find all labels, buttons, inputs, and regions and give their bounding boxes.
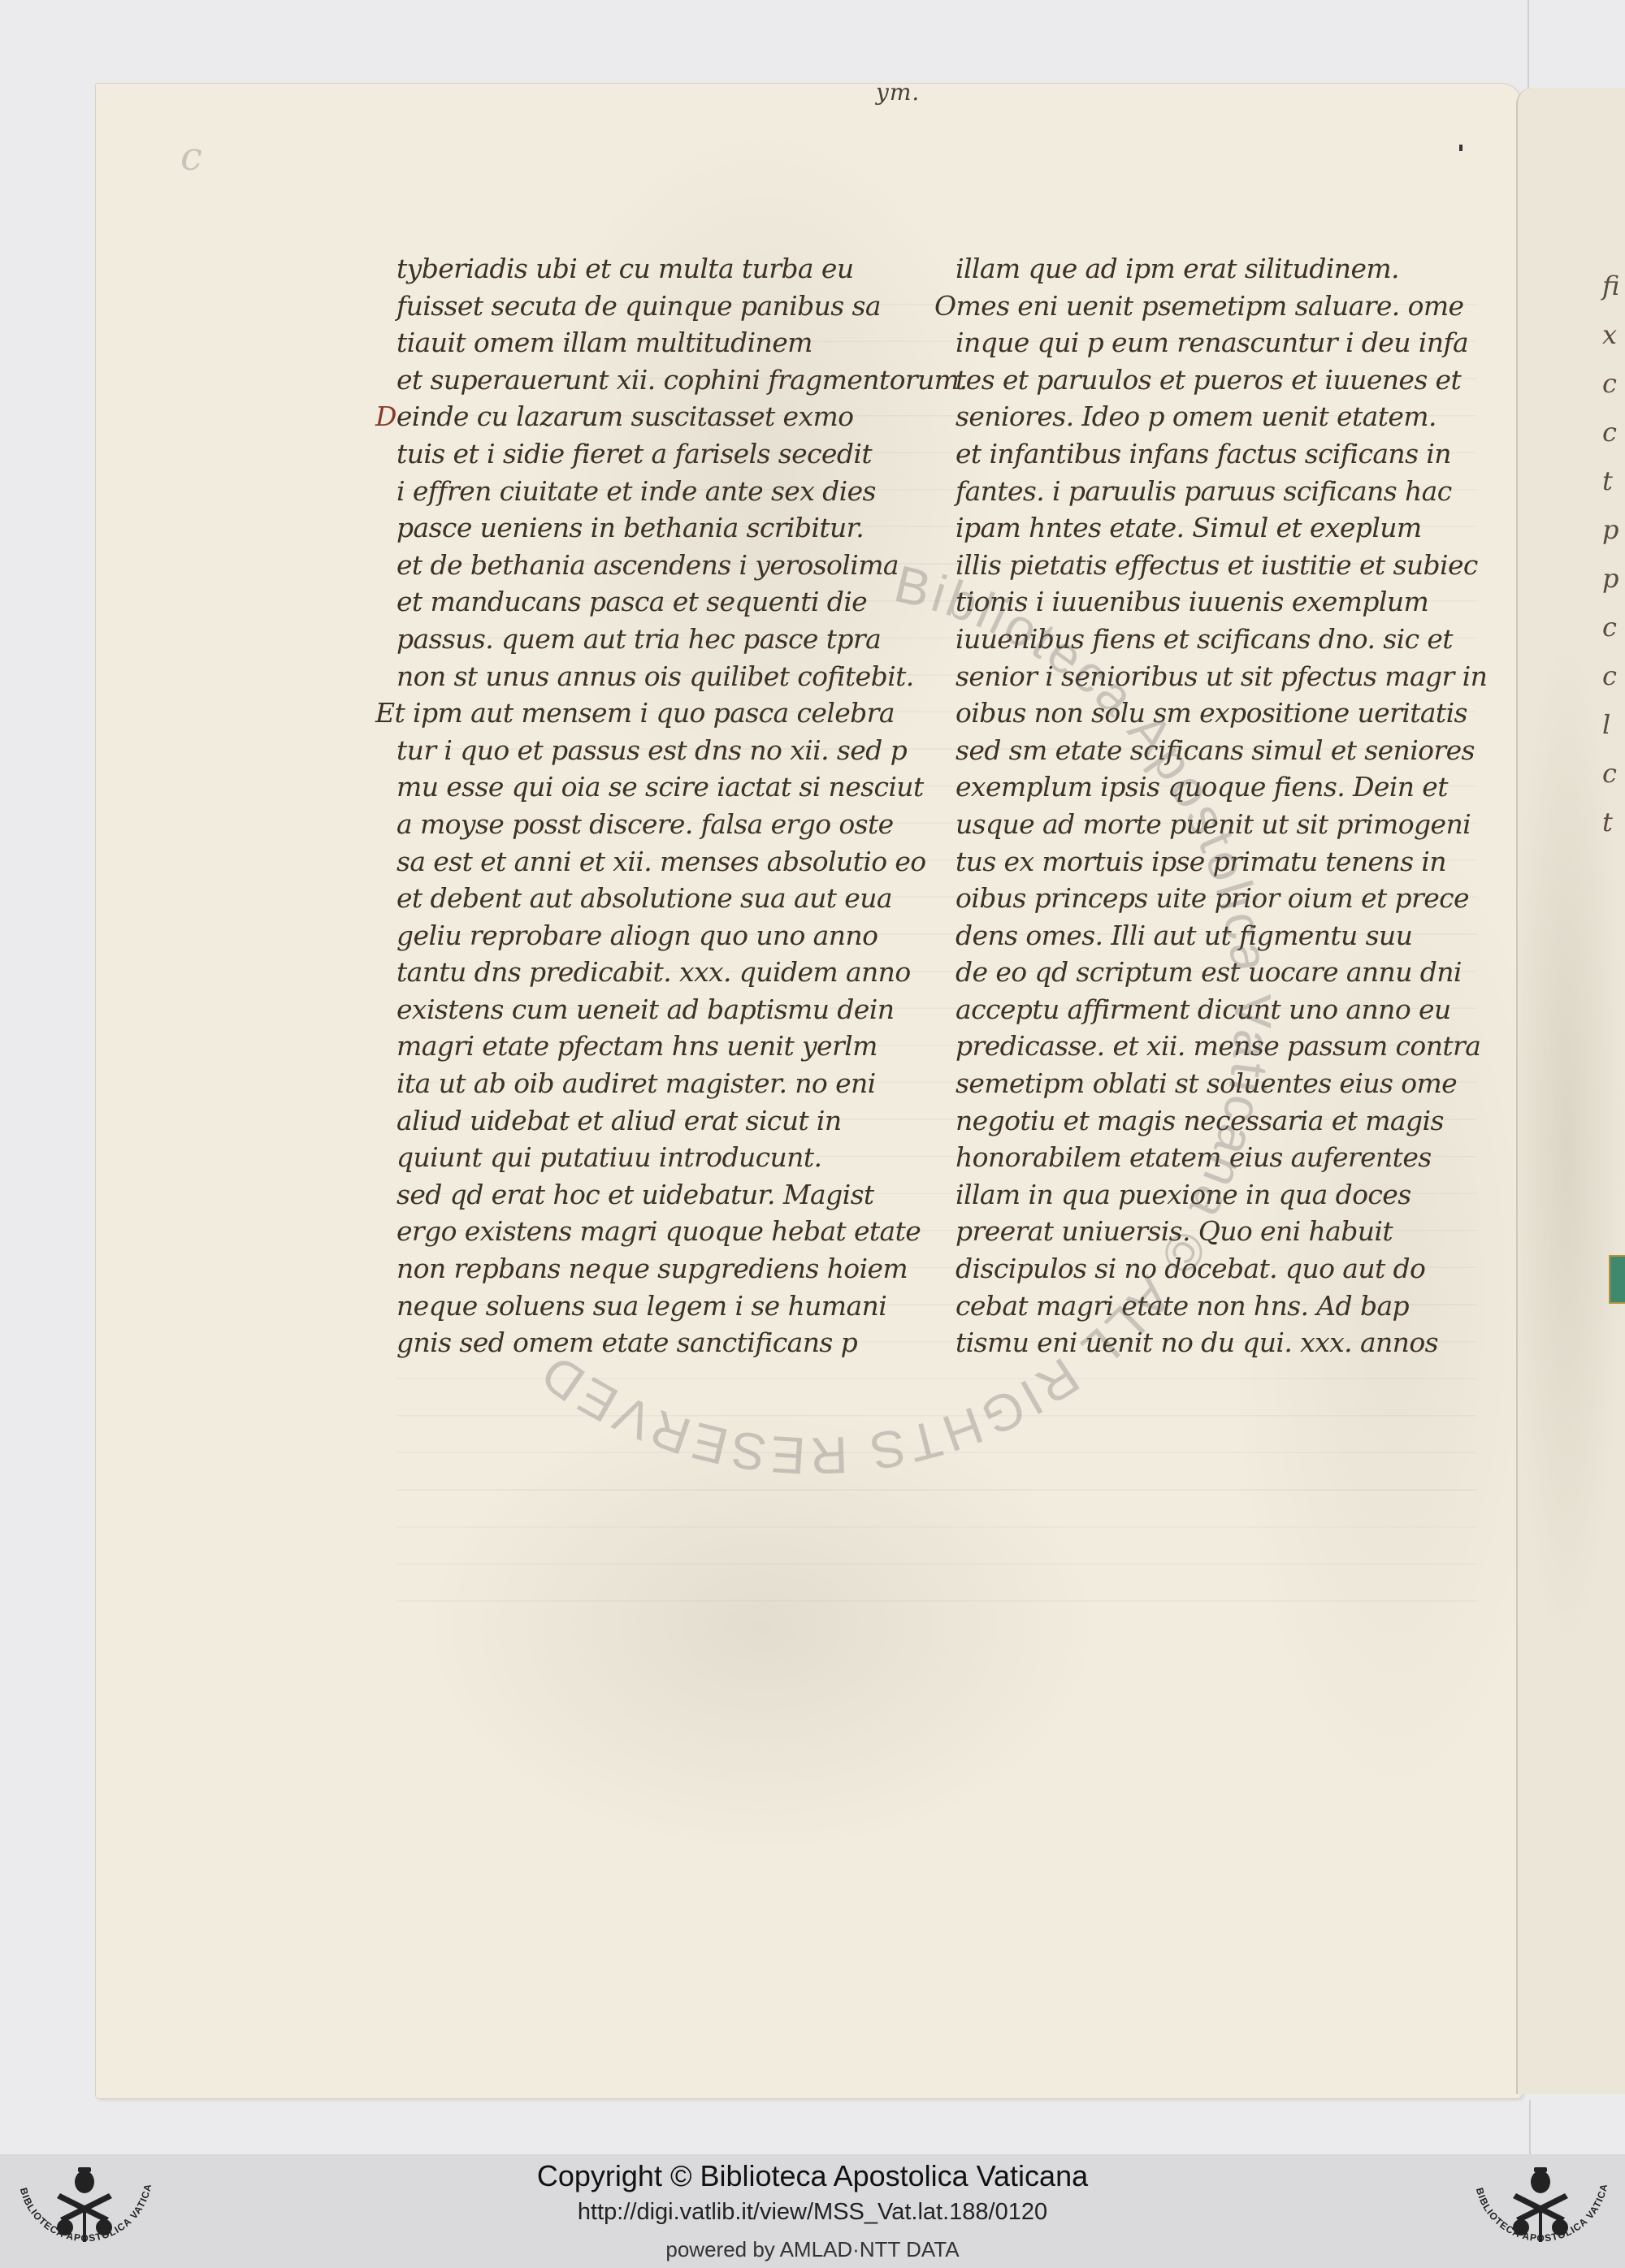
manuscript-line: gnis sed omem etate sanctificans p bbox=[396, 1324, 900, 1361]
manuscript-line: senior i senioribus ut sit pfectus magr … bbox=[955, 658, 1459, 695]
next-folio-glyph: x bbox=[1602, 310, 1619, 359]
manuscript-line: oibus non solu sm expositione ueritatis bbox=[955, 695, 1459, 732]
manuscript-line: fuisset secuta de quinque panibus sa bbox=[396, 288, 900, 325]
page-gutter-line bbox=[1527, 0, 1529, 89]
next-folio-glyph: c bbox=[1602, 603, 1619, 651]
manuscript-line: semetipm oblati st soluentes eius ome bbox=[955, 1065, 1459, 1102]
manuscript-line: tur i quo et passus est dns no xii. sed … bbox=[396, 732, 900, 769]
manuscript-line: Omes eni uenit psemetipm saluare. ome bbox=[934, 288, 1459, 325]
manuscript-line: illis pietatis effectus et iustitie et s… bbox=[955, 547, 1459, 584]
copyright-text: Copyright © Biblioteca Apostolica Vatica… bbox=[0, 2159, 1625, 2193]
pencil-mark: c bbox=[180, 134, 202, 180]
next-folio-glyph: p bbox=[1602, 505, 1619, 554]
page-gutter-line-bottom bbox=[1529, 2100, 1531, 2154]
next-folio-glyph: c bbox=[1602, 651, 1619, 700]
vatican-library-logo-icon-right: BIBLIOTECA APOSTOLICA VATICANA bbox=[1459, 2161, 1622, 2266]
manuscript-line: et debent aut absolutione sua aut eua bbox=[396, 880, 900, 917]
manuscript-line: Deinde cu lazarum suscitasset exmo bbox=[375, 398, 900, 435]
manuscript-line: dens omes. Illi aut ut figmentu suu bbox=[955, 917, 1459, 954]
manuscript-line: fantes. i paruulis paruus scificans hac bbox=[955, 473, 1459, 510]
manuscript-line: et de bethania ascendens i yerosolima bbox=[396, 547, 900, 584]
next-folio-glyph: t bbox=[1602, 457, 1619, 505]
manuscript-line: ergo existens magri quoque hebat etate bbox=[396, 1213, 900, 1250]
next-folio-glyph: fi bbox=[1602, 262, 1619, 310]
manuscript-line: quiunt qui putatiuu introducunt. bbox=[396, 1139, 900, 1176]
manuscript-line: a moyse posst discere. falsa ergo oste bbox=[396, 806, 900, 843]
manuscript-line: tismu eni uenit no du qui. xxx. annos bbox=[955, 1324, 1459, 1361]
manuscript-line: existens cum ueneit ad baptismu dein bbox=[396, 991, 900, 1028]
permalink-url[interactable]: http://digi.vatlib.it/view/MSS_Vat.lat.1… bbox=[0, 2199, 1625, 2226]
ink-mark bbox=[1459, 145, 1462, 151]
manuscript-line: tes et paruulos et pueros et iuuenes et bbox=[955, 361, 1459, 399]
manuscript-line: sed sm etate scificans simul et seniores bbox=[955, 732, 1459, 769]
manuscript-line: et infantibus infans factus scificans in bbox=[955, 435, 1459, 473]
manuscript-line: seniores. Ideo p omem uenit etatem. bbox=[955, 398, 1459, 435]
folio-number: ym. bbox=[876, 79, 920, 106]
manuscript-line: geliu reprobare aliogn quo uno anno bbox=[396, 917, 900, 954]
copyright-footer: Copyright © Biblioteca Apostolica Vatica… bbox=[0, 2154, 1625, 2268]
vatican-library-logo-icon: BIBLIOTECA APOSTOLICA VATICANA bbox=[3, 2161, 166, 2266]
illuminated-initial-fragment bbox=[1609, 1255, 1625, 1304]
manuscript-line: illam in qua puexione in qua doces bbox=[955, 1176, 1459, 1214]
manuscript-line: tionis i iuuenibus iuuenis exemplum bbox=[955, 583, 1459, 621]
manuscript-line: discipulos si no docebat. quo aut do bbox=[955, 1250, 1459, 1288]
manuscript-line: negotiu et magis necessaria et magis bbox=[955, 1102, 1459, 1140]
manuscript-line: honorabilem etatem eius auferentes bbox=[955, 1139, 1459, 1176]
manuscript-line: i effren ciuitate et inde ante sex dies bbox=[396, 473, 900, 510]
manuscript-line: cebat magri etate non hns. Ad bap bbox=[955, 1288, 1459, 1325]
next-folio-text-fragment: fixcctppcclct bbox=[1602, 262, 1619, 846]
manuscript-line: acceptu affirment dicunt uno anno eu bbox=[955, 991, 1459, 1028]
next-folio-glyph: p bbox=[1602, 554, 1619, 603]
manuscript-line: pasce ueniens in bethania scribitur. bbox=[396, 509, 900, 547]
manuscript-line: predicasse. et xii. mense passum contra bbox=[955, 1028, 1459, 1065]
manuscript-line: usque ad morte puenit ut sit primogeni bbox=[955, 806, 1459, 843]
manuscript-line: illam que ad ipm erat silitudinem. bbox=[955, 250, 1459, 288]
manuscript-line: tus ex mortuis ipse primatu tenens in bbox=[955, 843, 1459, 881]
manuscript-line: tuis et i sidie fieret a farisels secedi… bbox=[396, 435, 900, 473]
text-column-right: illam que ad ipm erat silitudinem.Omes e… bbox=[955, 250, 1459, 1361]
text-column-left: tyberiadis ubi et cu multa turba eufuiss… bbox=[396, 250, 900, 1361]
next-folio-glyph: t bbox=[1602, 798, 1619, 846]
manuscript-line: tyberiadis ubi et cu multa turba eu bbox=[396, 250, 900, 288]
next-folio-glyph: c bbox=[1602, 359, 1619, 408]
manuscript-line: sed qd erat hoc et uidebatur. Magist bbox=[396, 1176, 900, 1214]
manuscript-line: exemplum ipsis quoque fiens. Dein et bbox=[955, 768, 1459, 806]
manuscript-line: mu esse qui oia se scire iactat si nesci… bbox=[396, 768, 900, 806]
manuscript-line: et superauerunt xii. cophini fragmentoru… bbox=[396, 361, 900, 399]
manuscript-line: neque soluens sua legem i se humani bbox=[396, 1288, 900, 1325]
manuscript-line: de eo qd scriptum est uocare annu dni bbox=[955, 954, 1459, 991]
manuscript-line: ipam hntes etate. Simul et exeplum bbox=[955, 509, 1459, 547]
manuscript-line: magri etate pfectam hns uenit yerlm bbox=[396, 1028, 900, 1065]
next-folio-glyph: l bbox=[1602, 700, 1619, 749]
manuscript-line: et manducans pasca et sequenti die bbox=[396, 583, 900, 621]
manuscript-line: Et ipm aut mensem i quo pasca celebra bbox=[375, 695, 900, 732]
powered-by-text: powered by AMLAD·NTT DATA bbox=[0, 2237, 1625, 2262]
manuscript-line: inque qui p eum renascuntur i deu infa bbox=[955, 324, 1459, 361]
next-folio-glyph: c bbox=[1602, 749, 1619, 798]
manuscript-line: tiauit omem illam multitudinem bbox=[396, 324, 900, 361]
next-folio-glyph: c bbox=[1602, 408, 1619, 457]
manuscript-line: iuuenibus fiens et scificans dno. sic et bbox=[955, 621, 1459, 658]
manuscript-line: preerat uniuersis. Quo eni habuit bbox=[955, 1213, 1459, 1250]
manuscript-line: ita ut ab oib audiret magister. no eni bbox=[396, 1065, 900, 1102]
manuscript-line: non repbans neque supgrediens hoiem bbox=[396, 1250, 900, 1288]
manuscript-line: sa est et anni et xii. menses absolutio … bbox=[396, 843, 900, 881]
manuscript-line: non st unus annus ois quilibet cofitebit… bbox=[396, 658, 900, 695]
manuscript-line: aliud uidebat et aliud erat sicut in bbox=[396, 1102, 900, 1140]
manuscript-line: passus. quem aut tria hec pasce tpra bbox=[396, 621, 900, 658]
manuscript-line: tantu dns predicabit. xxx. quidem anno bbox=[396, 954, 900, 991]
manuscript-line: oibus princeps uite prior oium et prece bbox=[955, 880, 1459, 917]
